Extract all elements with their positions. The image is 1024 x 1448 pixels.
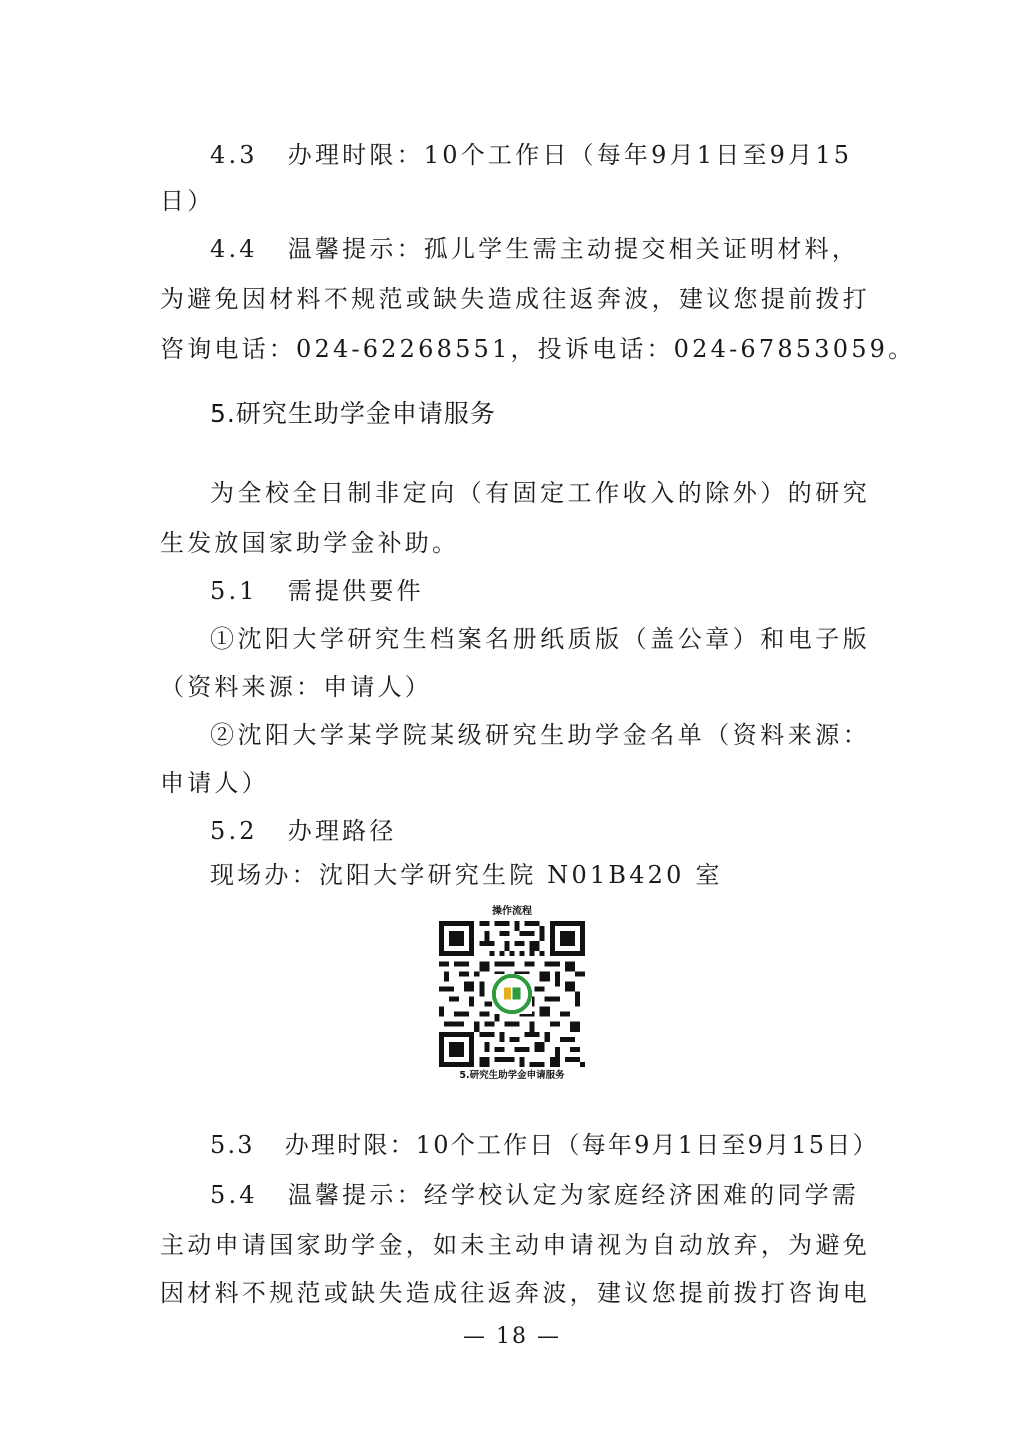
item-4-4-line2: 为避免因材料不规范或缺失造成往返奔波，建议您提前拨打	[160, 282, 870, 316]
section-5-intro-line2: 生发放国家助学金补助。	[160, 526, 870, 560]
item-4-4-number: 4.4	[210, 235, 258, 263]
qr-title: 操作流程	[432, 905, 592, 919]
item-4-4-label: 温馨提示：	[288, 235, 424, 263]
item-4-3-label: 办理时限：	[288, 141, 424, 169]
onsite-location: 现场办：沈阳大学研究生院 N01B420 室	[210, 858, 870, 892]
document-page: 4.3办理时限：10个工作日（每年9月1日至9月15 日） 4.4温馨提示：孤儿…	[0, 0, 1024, 1448]
item-5-4-number: 5.4	[210, 1181, 258, 1209]
item-4-3-number: 4.3	[210, 141, 258, 169]
page-number: — 18 —	[0, 1322, 1024, 1352]
requirement-2-line2: 申请人）	[160, 766, 870, 800]
item-5-4-label: 温馨提示：	[288, 1181, 424, 1209]
item-5-4-line3: 因材料不规范或缺失造成往返奔波，建议您提前拨打咨询电	[160, 1276, 870, 1310]
item-4-3-line1: 4.3办理时限：10个工作日（每年9月1日至9月15	[210, 138, 870, 172]
item-5-2-label: 办理路径	[288, 817, 397, 845]
qr-code-icon[interactable]	[439, 921, 585, 1067]
section-5-heading: 5.研究生助学金申请服务	[210, 396, 496, 432]
item-5-2-number: 5.2	[210, 817, 258, 845]
item-4-4-line3: 咨询电话：024-62268551，投诉电话：024-67853059。	[160, 332, 870, 366]
item-4-4-text: 孤儿学生需主动提交相关证明材料，	[424, 235, 859, 263]
section-5-intro-line1: 为全校全日制非定向（有固定工作收入的除外）的研究	[210, 476, 870, 510]
item-4-4-line1: 4.4温馨提示：孤儿学生需主动提交相关证明材料，	[210, 232, 870, 266]
qr-logo-icon	[494, 976, 530, 1012]
item-5-2-heading: 5.2办理路径	[210, 814, 870, 848]
requirement-2-line1: ②沈阳大学某学院某级研究生助学金名单（资料来源：	[210, 718, 870, 752]
item-5-1-number: 5.1	[210, 577, 258, 605]
requirement-1-line1: ①沈阳大学研究生档案名册纸质版（盖公章）和电子版	[210, 622, 870, 656]
item-5-1-heading: 5.1需提供要件	[210, 574, 870, 608]
onsite-label: 现场办：	[210, 861, 319, 889]
item-5-1-label: 需提供要件	[288, 577, 424, 605]
item-5-4-text: 经学校认定为家庭经济困难的同学需	[424, 1181, 859, 1209]
qr-caption: 5.研究生助学金申请服务	[432, 1069, 592, 1083]
item-5-3-number: 5.3	[210, 1131, 255, 1159]
qr-code-block: 操作流程	[432, 905, 592, 1100]
item-4-3-value: 10个工作日（每年9月1日至9月15	[424, 141, 853, 169]
item-5-4-line2: 主动申请国家助学金，如未主动申请视为自动放弃，为避免	[160, 1228, 870, 1262]
item-5-3-value: 10个工作日（每年9月1日至9月15日）	[416, 1131, 879, 1159]
item-5-3-line: 5.3办理时限：10个工作日（每年9月1日至9月15日）	[210, 1128, 870, 1162]
item-4-3-line2: 日）	[160, 184, 870, 218]
onsite-value: 沈阳大学研究生院 N01B420 室	[319, 861, 723, 889]
item-5-4-line1: 5.4温馨提示：经学校认定为家庭经济困难的同学需	[210, 1178, 870, 1212]
item-5-3-label: 办理时限：	[285, 1131, 416, 1159]
requirement-1-line2: （资料来源：申请人）	[160, 670, 870, 704]
